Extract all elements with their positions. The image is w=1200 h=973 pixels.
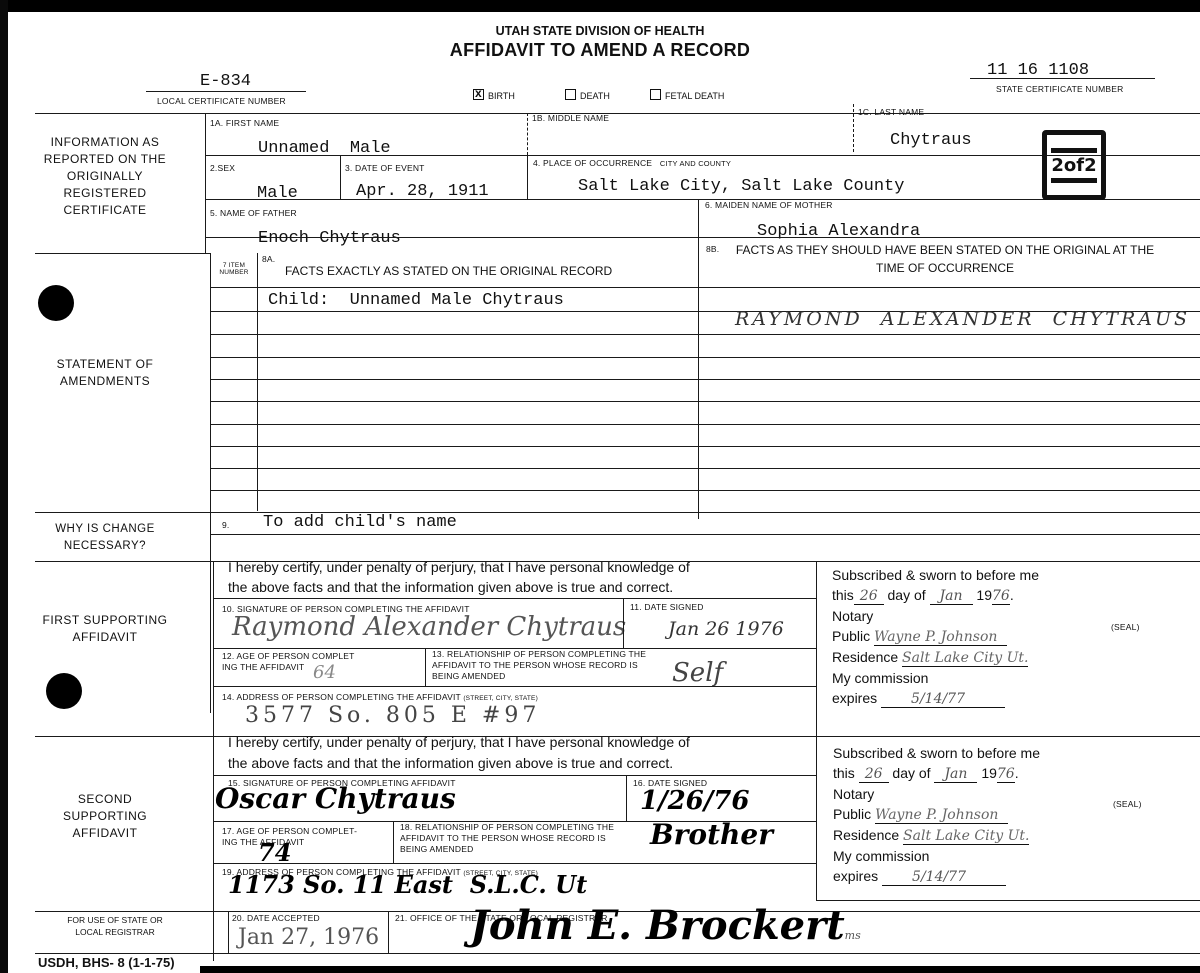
- col-8b-header: FACTS AS THEY SHOULD HAVE BEEN STATED ON…: [735, 241, 1155, 277]
- section-label-second-affidavit: SECOND SUPPORTING AFFIDAVIT: [40, 791, 170, 842]
- relationship-label: 13. RELATIONSHIP OF PERSON COMPLETING TH…: [432, 649, 646, 659]
- checkbox-icon[interactable]: [650, 89, 661, 100]
- seal-label: (SEAL): [1113, 799, 1142, 809]
- col-8a-number: 8A.: [262, 254, 275, 264]
- age-label: 12. AGE OF PERSON COMPLET: [222, 651, 355, 661]
- reason-text: To add child's name: [263, 513, 457, 532]
- certify-line-1: I hereby certify, under penalty of perju…: [228, 731, 690, 753]
- certify-line-1: I hereby certify, under penalty of perju…: [228, 556, 690, 578]
- section-label-first-affidavit: FIRST SUPPORTING AFFIDAVIT: [40, 612, 170, 646]
- form-id: USDH, BHS- 8 (1-1-75): [38, 955, 175, 970]
- relationship-1: Self: [672, 658, 723, 688]
- local-certificate-number: E-834: [200, 72, 251, 91]
- father-label: 5. NAME OF FATHER: [210, 208, 297, 218]
- place-label: 4. PLACE OF OCCURRENCE CITY AND COUNTY: [533, 158, 731, 168]
- sex-value: Male: [257, 184, 298, 203]
- date-signed-2: 1/26/76: [640, 786, 749, 816]
- relationship-2: Brother: [650, 818, 773, 851]
- certify-line-2: the above facts and that the information…: [228, 576, 673, 598]
- date-signed-label: 11. DATE SIGNED: [630, 602, 704, 612]
- notary-block-2: Subscribed & sworn to before me this 26 …: [833, 743, 1040, 887]
- seal-label: (SEAL): [1111, 622, 1140, 632]
- scan-border-top: [0, 0, 1200, 12]
- section-label-original-info: INFORMATION AS REPORTED ON THE ORIGINALL…: [40, 134, 170, 219]
- record-type-death[interactable]: DEATH: [565, 89, 610, 101]
- date-accepted-label: 20. DATE ACCEPTED: [232, 913, 320, 923]
- local-certificate-label: LOCAL CERTIFICATE NUMBER: [157, 96, 286, 106]
- signature-1: Raymond Alexander Chytraus: [232, 612, 626, 642]
- agency-name: UTAH STATE DIVISION OF HEALTH: [400, 24, 800, 38]
- state-certificate-label: STATE CERTIFICATE NUMBER: [996, 84, 1123, 94]
- corrected-fact: RAYMOND ALEXANDER CHYTRAUS: [735, 308, 1190, 330]
- address-2: 1173 So. 11 East S.L.C. Ut: [228, 870, 587, 899]
- notary-block-1: Subscribed & sworn to before me this26 d…: [832, 565, 1039, 709]
- section-label-amendments: STATEMENT OF AMENDMENTS: [40, 356, 170, 390]
- place-value: Salt Lake City, Salt Lake County: [578, 177, 904, 196]
- address-1: 3577 So. 805 E #97: [245, 703, 540, 728]
- page-stamp: 2of2: [1042, 130, 1106, 200]
- mother-label: 6. MAIDEN NAME OF MOTHER: [705, 200, 833, 210]
- original-fact: Child: Unnamed Male Chytraus: [268, 291, 564, 310]
- checkbox-checked-icon[interactable]: [473, 89, 484, 100]
- record-type-fetal-death[interactable]: FETAL DEATH: [650, 89, 724, 101]
- middle-name-label: 1B. MIDDLE NAME: [532, 113, 609, 123]
- punch-hole: [46, 673, 82, 709]
- certify-line-2: the above facts and that the information…: [228, 752, 673, 774]
- date-of-event-label: 3. DATE OF EVENT: [345, 163, 425, 173]
- reason-number: 9.: [222, 520, 230, 530]
- date-signed-1: Jan 26 1976: [668, 618, 784, 640]
- checkbox-icon[interactable]: [565, 89, 576, 100]
- address-label: 14. ADDRESS OF PERSON COMPLETING THE AFF…: [222, 692, 538, 702]
- record-type-birth[interactable]: BIRTH: [473, 89, 515, 101]
- scan-border-bottom: [200, 966, 1200, 973]
- age-label-2: ING THE AFFIDAVIT: [222, 662, 304, 672]
- relationship-label: 18. RELATIONSHIP OF PERSON COMPLETING TH…: [400, 822, 614, 832]
- age-1: 64: [313, 662, 336, 683]
- form-title: AFFIDAVIT TO AMEND A RECORD: [400, 40, 800, 61]
- item-number-label: 7 ITEM NUMBER: [213, 262, 255, 276]
- punch-hole: [38, 285, 74, 321]
- first-name-label: 1A. FIRST NAME: [210, 118, 279, 128]
- age-label: 17. AGE OF PERSON COMPLET-: [222, 826, 357, 836]
- sex-label: 2.SEX: [210, 163, 235, 173]
- last-name-value: Chytraus: [890, 131, 972, 150]
- section-label-why-change: WHY IS CHANGE NECESSARY?: [40, 521, 170, 555]
- registrar-signature: John E. Brockertms: [470, 902, 861, 949]
- last-name-label: 1C. LAST NAME: [858, 107, 924, 117]
- col-8b-number: 8B.: [706, 244, 719, 254]
- date-accepted: Jan 27, 1976: [238, 925, 379, 950]
- signature-2: Oscar Chytraus: [215, 782, 456, 815]
- col-8a-header: FACTS EXACTLY AS STATED ON THE ORIGINAL …: [285, 264, 612, 278]
- scan-border-left: [0, 0, 8, 973]
- section-label-registrar: FOR USE OF STATE OR LOCAL REGISTRAR: [60, 914, 170, 938]
- father-value: Enoch Chytraus: [258, 229, 401, 248]
- mother-value: Sophia Alexandra: [757, 222, 920, 241]
